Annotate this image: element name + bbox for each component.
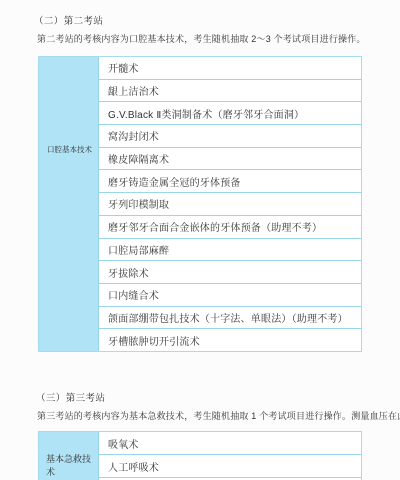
table-category-cell: 口腔基本技术 — [39, 57, 99, 351]
section-2-intro: 第二考站的考核内容为口腔基本技术，考生随机抽取 2～3 个考试项目进行操作。 — [37, 32, 366, 45]
oral-basic-skills-table: 口腔基本技术 开髓术 龈上洁治术 G.V.Black Ⅱ类洞制备术（磨牙邻牙合面… — [38, 56, 362, 352]
table-row: 牙拔除术 — [99, 261, 361, 284]
table-rows: 开髓术 龈上洁治术 G.V.Black Ⅱ类洞制备术（磨牙邻牙合面洞） 窝沟封闭… — [99, 57, 361, 351]
table-row: 窝沟封闭术 — [99, 125, 361, 148]
first-aid-skills-table: 基本急救技术 吸氧术 人工呼吸术 — [38, 431, 362, 480]
table-row: 人工呼吸术 — [99, 455, 361, 478]
table-category-cell: 基本急救技术 — [39, 432, 99, 480]
table-row: 橡皮障隔离术 — [99, 148, 361, 171]
section-2-heading: （二）第二考站 — [34, 13, 103, 27]
table-row: 颌面部绷带包扎技术（十字法、单眼法）（助理不考） — [99, 307, 361, 330]
table-row: 磨牙邻牙合面合金嵌体的牙体预备（助理不考） — [99, 216, 361, 239]
table-row: 磨牙铸造金属全冠的牙体预备 — [99, 170, 361, 193]
table-row: G.V.Black Ⅱ类洞制备术（磨牙邻牙合面洞） — [99, 102, 361, 125]
table-row: 龈上洁治术 — [99, 80, 361, 103]
section-3-heading: （三）第三考站 — [36, 390, 105, 404]
table-rows: 吸氧术 人工呼吸术 — [99, 432, 361, 480]
table-row: 牙槽脓肿切开引流术 — [99, 329, 361, 351]
table-row: 口腔局部麻醉 — [99, 239, 361, 262]
table-row: 口内缝合术 — [99, 284, 361, 307]
table-row: 牙列印模制取 — [99, 193, 361, 216]
table-row: 吸氧术 — [99, 432, 361, 455]
section-3-intro: 第三考站的考核内容为基本急救技术，考生随机抽取 1 个考试项目进行操作。测量血压… — [37, 409, 400, 422]
table-row: 开髓术 — [99, 57, 361, 80]
